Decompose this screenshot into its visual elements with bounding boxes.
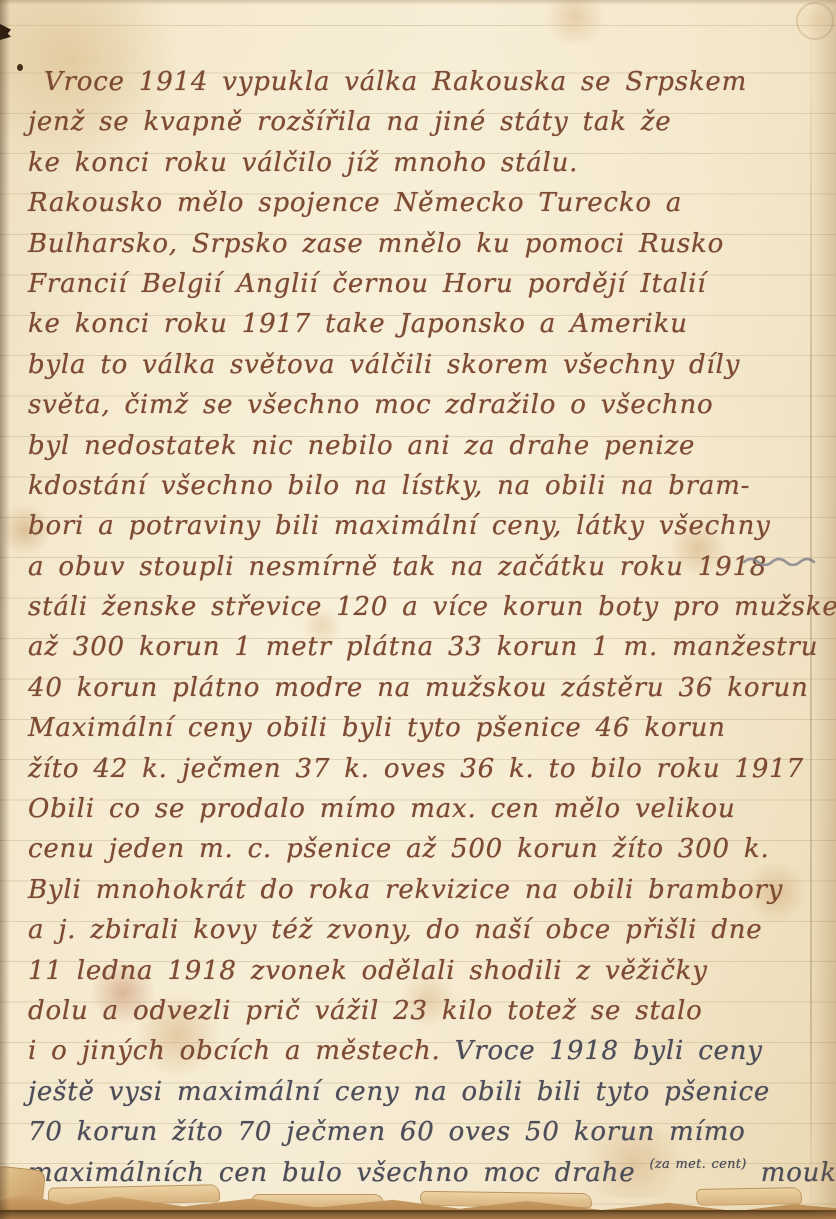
manuscript-line: byl nedostatek nic nebilo ani za drahe p…: [28, 426, 824, 466]
manuscript-line: Vroce 1914 vypukla válka Rakouska se Srp…: [28, 62, 824, 102]
manuscript-lines: Vroce 1914 vypukla válka Rakouska se Srp…: [28, 62, 824, 1193]
manuscript-text-segment: Obili co se prodalo mímo max. cen mělo v…: [28, 794, 736, 824]
manuscript-line: Rakousko mělo spojence Německo Turecko a: [28, 183, 824, 223]
manuscript-line: Francií Belgií Anglií černou Horu porděj…: [28, 264, 824, 304]
manuscript-text-segment: Bulharsko, Srpsko zase mnělo ku pomoci R…: [28, 229, 724, 259]
manuscript-text-segment: dolu a odvezli prič vážil 23 kilo totež …: [28, 996, 703, 1026]
manuscript-line: 40 korun plátno modre na mužskou zástěru…: [28, 668, 824, 708]
manuscript-page: Vroce 1914 vypukla válka Rakouska se Srp…: [0, 0, 836, 1219]
manuscript-text-segment: Vroce 1914 vypukla válka Rakouska se Srp…: [44, 67, 747, 97]
manuscript-text-segment: Rakousko mělo spojence Německo Turecko a: [28, 188, 682, 218]
manuscript-line: světa, čimž se všechno moc zdražilo o vš…: [28, 385, 824, 425]
ink-blot: [17, 64, 23, 71]
manuscript-line: Bulharsko, Srpsko zase mnělo ku pomoci R…: [28, 224, 824, 264]
manuscript-line: Byli mnohokrát do roka rekvizice na obil…: [28, 870, 824, 910]
manuscript-line: kdostání všechno bilo na lístky, na obil…: [28, 466, 824, 506]
pencil-underline-mark: [742, 556, 820, 566]
manuscript-text-segment: kdostání všechno bilo na lístky, na obil…: [28, 471, 750, 501]
manuscript-line: dolu a odvezli prič vážil 23 kilo totež …: [28, 991, 824, 1031]
page-bottom-edge: [0, 1210, 836, 1219]
manuscript-text-segment: světa, čimž se všechno moc zdražilo o vš…: [28, 390, 713, 420]
manuscript-text-segment: ke konci roku válčilo jíž mnoho stálu.: [28, 148, 578, 178]
page-crease: [810, 0, 812, 1219]
manuscript-line: cenu jeden m. c. pšenice až 500 korun ží…: [28, 829, 824, 869]
manuscript-line: i o jiných obcích a městech. Vroce 1918 …: [28, 1031, 824, 1071]
manuscript-text-segment: i o jiných obcích a městech.: [28, 1036, 455, 1066]
paper-stain: [540, 0, 610, 44]
manuscript-text-segment: Byli mnohokrát do roka rekvizice na obil…: [28, 875, 783, 905]
page-top-edge: [0, 0, 836, 5]
manuscript-line: ke konci roku válčilo jíž mnoho stálu.: [28, 143, 824, 183]
manuscript-line: ještě vysi maximální ceny na obili bili …: [28, 1072, 824, 1112]
manuscript-text-segment: 11 ledna 1918 zvonek odělali shodili z v…: [28, 956, 708, 986]
manuscript-text-segment: maximálních cen bulo všechno moc drahe: [28, 1158, 650, 1188]
manuscript-line: žíto 42 k. ječmen 37 k. oves 36 k. to bi…: [28, 749, 824, 789]
manuscript-text-segment: 40 korun plátno modre na mužskou zástěru…: [28, 673, 809, 703]
manuscript-text-segment: žíto 42 k. ječmen 37 k. oves 36 k. to bi…: [28, 754, 804, 784]
manuscript-line: Obili co se prodalo mímo max. cen mělo v…: [28, 789, 824, 829]
manuscript-text-segment: a obuv stoupli nesmírně tak na začátku r…: [28, 552, 767, 582]
manuscript-line: stáli ženske střevice 120 a více korun b…: [28, 587, 824, 627]
paper-damage-patch: [696, 1187, 802, 1206]
manuscript-text-segment: jenž se kvapně rozšířila na jiné státy t…: [28, 107, 671, 137]
manuscript-text-segment: ke konci roku 1917 take Japonsko a Ameri…: [28, 309, 688, 339]
manuscript-line: a obuv stoupli nesmírně tak na začátku r…: [28, 547, 824, 587]
manuscript-text-segment: ještě vysi maximální ceny na obili bili …: [28, 1077, 770, 1107]
manuscript-text-segment: a j. zbirali kovy též zvony, do naší obc…: [28, 915, 762, 945]
manuscript-text-segment: stáli ženske střevice 120 a více korun b…: [28, 592, 836, 622]
manuscript-text-segment: byla to válka světova válčili skorem vše…: [28, 350, 740, 380]
manuscript-text-segment: Maximální ceny obili byli tyto pšenice 4…: [28, 713, 726, 743]
manuscript-line: jenž se kvapně rozšířila na jiné státy t…: [28, 102, 824, 142]
manuscript-line: byla to válka světova válčili skorem vše…: [28, 345, 824, 385]
interline-note: (za met. cent): [650, 1157, 747, 1172]
page-left-edge: [0, 0, 10, 1219]
manuscript-text-segment: 70 korun žíto 70 ječmen 60 oves 50 korun…: [28, 1117, 746, 1147]
manuscript-text-segment: Vroce 1918 byli ceny: [455, 1036, 763, 1066]
manuscript-line: a j. zbirali kovy též zvony, do naší obc…: [28, 910, 824, 950]
manuscript-line: až 300 korun 1 metr plátna 33 korun 1 m.…: [28, 627, 824, 667]
manuscript-text-segment: Francií Belgií Anglií černou Horu porděj…: [28, 269, 706, 299]
manuscript-text-segment: byl nedostatek nic nebilo ani za drahe p…: [28, 431, 695, 461]
manuscript-line: ke konci roku 1917 take Japonsko a Ameri…: [28, 304, 824, 344]
manuscript-line: 70 korun žíto 70 ječmen 60 oves 50 korun…: [28, 1112, 824, 1152]
manuscript-text-segment: cenu jeden m. c. pšenice až 500 korun ží…: [28, 834, 770, 864]
manuscript-text-segment: bori a potraviny bili maximální ceny, lá…: [28, 511, 771, 541]
manuscript-line: Maximální ceny obili byli tyto pšenice 4…: [28, 708, 824, 748]
page-right-edge: [810, 0, 836, 1219]
manuscript-text-segment: až 300 korun 1 metr plátna 33 korun 1 m.…: [28, 632, 818, 662]
manuscript-line: 11 ledna 1918 zvonek odělali shodili z v…: [28, 951, 824, 991]
manuscript-line: bori a potraviny bili maximální ceny, lá…: [28, 506, 824, 546]
